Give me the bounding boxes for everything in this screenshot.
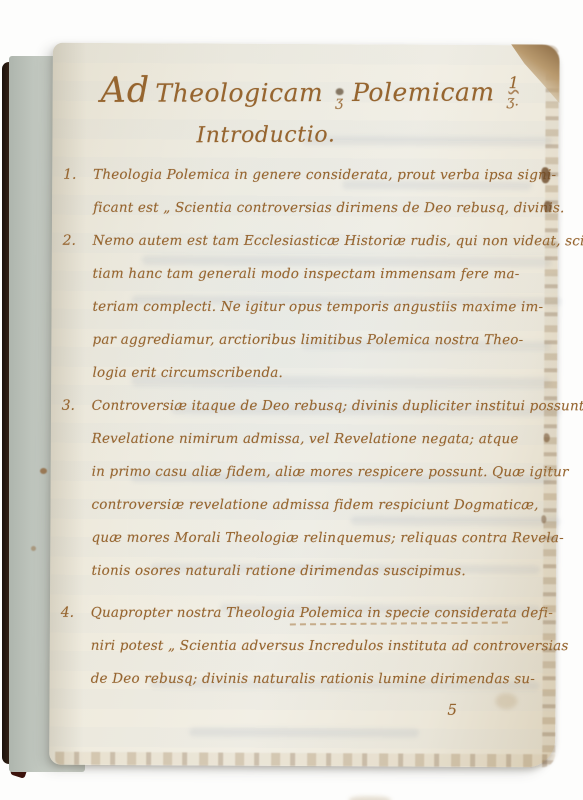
quire-mark: 5: [447, 701, 457, 719]
foxing-spot: [40, 468, 47, 474]
text-line: par aggrediamur, arctioribus limitibus P…: [92, 324, 535, 357]
flourish-ornament: ʒ: [335, 94, 343, 110]
paragraph-number: 3.: [56, 390, 91, 588]
paragraph-number: 1.: [58, 159, 93, 225]
paragraph-number: 2.: [57, 225, 92, 390]
text-line: controversiæ revelatione admissa fidem r…: [92, 489, 535, 522]
title-word: Ad: [101, 71, 151, 111]
page-title: Ad TheologicamʒPolemicamʒ.: [101, 69, 537, 119]
paragraph-1: 1. Theologia Polemica in genere consider…: [58, 159, 536, 225]
edge-damage-spot: [544, 201, 552, 212]
paragraph-number: 4.: [56, 597, 91, 696]
paragraph-3: 3. Controversiæ itaque de Deo rebusq; di…: [56, 390, 534, 588]
edge-damage-spot: [541, 515, 546, 523]
text-line: logia erit circumscribenda.: [92, 357, 535, 390]
manuscript-page: Ad TheologicamʒPolemicamʒ. 1 Introductio…: [49, 43, 559, 768]
paragraph-4: 4. Quapropter nostra Theologia Polemica …: [56, 597, 534, 696]
title-word: Theologicam: [155, 78, 323, 108]
text-line: Controversiæ itaque de Deo rebusq; divin…: [92, 390, 535, 423]
text-line: Theologia Polemica in genere considerata…: [93, 159, 536, 192]
handwritten-content: Ad TheologicamʒPolemicamʒ. 1 Introductio…: [49, 43, 559, 768]
text-line: Nemo autem est tam Ecclesiasticæ Histori…: [93, 225, 536, 258]
flourish-ornament: ʒ.: [507, 93, 519, 109]
paragraph-lines: Nemo autem est tam Ecclesiasticæ Histori…: [92, 225, 535, 390]
paragraph-lines: Theologia Polemica in genere considerata…: [93, 159, 536, 225]
paragraph-2: 2. Nemo autem est tam Ecclesiasticæ Hist…: [57, 225, 535, 390]
text-line: niri potest „ Scientia adversus Incredul…: [91, 630, 534, 663]
title-word: Polemicam: [352, 77, 495, 106]
text-line: quæ mores Morali Theologiæ relinquemus; …: [92, 522, 535, 555]
text-line: teriam complecti. Ne igitur opus tempori…: [92, 291, 535, 324]
text-line: in primo casu aliæ fidem, aliæ mores res…: [92, 456, 535, 489]
page-number: 1: [508, 73, 518, 92]
text-line: de Deo rebusq; divinis naturalis rationi…: [91, 663, 534, 696]
foxing-spot: [31, 546, 36, 551]
foxing-spot: [349, 796, 391, 800]
edge-damage-spot: [541, 167, 550, 183]
paragraph-list: 1. Theologia Polemica in genere consider…: [55, 158, 536, 697]
text-line: Revelatione nimirum admissa, vel Revelat…: [92, 423, 535, 456]
deckled-right-edge: [542, 45, 559, 767]
paragraph-lines: Quapropter nostra Theologia Polemica in …: [91, 597, 534, 696]
paragraph-lines: Controversiæ itaque de Deo rebusq; divin…: [91, 390, 534, 588]
photo-background: Ad TheologicamʒPolemicamʒ. 1 Introductio…: [0, 0, 583, 800]
text-line: ficant est „ Scientia controversias diri…: [93, 192, 536, 225]
text-line: tiam hanc tam generali modo inspectam im…: [93, 258, 536, 291]
edge-damage-spot: [544, 433, 550, 442]
deckled-bottom-edge: [55, 752, 555, 768]
page-subtitle: Introductio.: [196, 121, 536, 148]
text-line: tionis osores naturali ratione dirimenda…: [91, 555, 534, 588]
